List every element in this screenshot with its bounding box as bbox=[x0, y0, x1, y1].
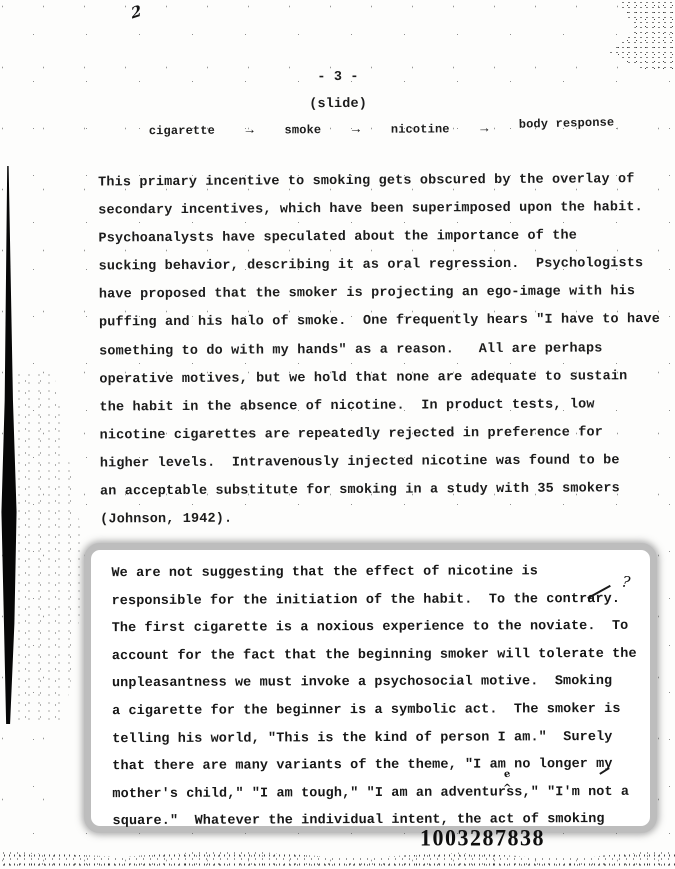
text-line: (Johnson, 1942). bbox=[100, 503, 661, 535]
text-line: account for the fact that the beginning … bbox=[112, 641, 637, 671]
text-line: Psychoanalysts have speculated about the… bbox=[98, 222, 659, 254]
paragraph-primary-incentive: This primary incentive to smoking gets o… bbox=[98, 166, 661, 535]
scan-noise-bottom-band bbox=[0, 842, 675, 869]
text-line: operative motives, but we hold that none… bbox=[99, 363, 660, 395]
text-line: responsible for the initiation of the ha… bbox=[112, 585, 637, 615]
text-line: The first cigarette is a noxious experie… bbox=[112, 613, 637, 643]
text-line: mother's child," "I am tough," "I am an … bbox=[112, 779, 637, 809]
text-line: This primary incentive to smoking gets o… bbox=[98, 166, 659, 198]
text-line: secondary incentives, which have been su… bbox=[98, 194, 659, 226]
highlight-box: We are not suggesting that the effect of… bbox=[84, 543, 657, 833]
scanned-document-page: - 3 - (slide) cigarette→smoke→nicotine→b… bbox=[0, 0, 675, 869]
handwritten-inserted-letter: e bbox=[503, 769, 511, 781]
bates-number: 1003287838 bbox=[420, 824, 545, 851]
flow-token: cigarette bbox=[149, 123, 215, 139]
text-line: a cigarette for the beginner is a symbol… bbox=[112, 696, 637, 726]
text-line: square." Whatever the individual intent,… bbox=[112, 806, 637, 836]
scan-edge-black-streak bbox=[0, 166, 18, 724]
text-line: telling his world, "This is the kind of … bbox=[112, 723, 637, 753]
flow-token: smoke bbox=[284, 122, 321, 138]
text-line: that there are many variants of the them… bbox=[112, 751, 637, 781]
text-line: nicotine cigarettes are repeatedly rejec… bbox=[100, 419, 661, 451]
flow-token: → bbox=[480, 122, 488, 138]
text-line: an acceptable substitute for smoking in … bbox=[100, 475, 661, 507]
flow-token: → bbox=[246, 124, 254, 140]
page-number: - 3 - bbox=[0, 68, 675, 88]
slide-label: (slide) bbox=[1, 95, 675, 115]
text-line: have proposed that the smoker is project… bbox=[99, 278, 660, 310]
text-line: something to do with my hands" as a reas… bbox=[99, 335, 660, 367]
text-line: puffing and his halo of smoke. One frequ… bbox=[99, 307, 660, 339]
flow-token: body response bbox=[519, 114, 615, 132]
handwritten-top-mark: 2 bbox=[130, 1, 143, 22]
text-line: unpleasantness we must invoke a psychoso… bbox=[112, 668, 637, 698]
flow-diagram: cigarette→smoke→nicotine→body response bbox=[149, 120, 615, 140]
text-line: We are not suggesting that the effect of… bbox=[111, 558, 636, 588]
scan-noise-left-margin bbox=[12, 370, 87, 725]
text-line: the habit in the absence of nicotine. In… bbox=[99, 391, 660, 423]
paragraph-highlighted: We are not suggesting that the effect of… bbox=[111, 558, 637, 836]
flow-token: nicotine bbox=[391, 121, 450, 137]
typed-content: - 3 - (slide) cigarette→smoke→nicotine→b… bbox=[0, 0, 675, 2]
text-line: higher levels. Intravenously injected ni… bbox=[100, 447, 661, 479]
scan-noise-top-right bbox=[602, 0, 675, 70]
handwritten-caret: ^ bbox=[503, 783, 511, 794]
text-line: sucking behavior, describing it as oral … bbox=[99, 250, 660, 282]
flow-token: → bbox=[352, 123, 360, 139]
